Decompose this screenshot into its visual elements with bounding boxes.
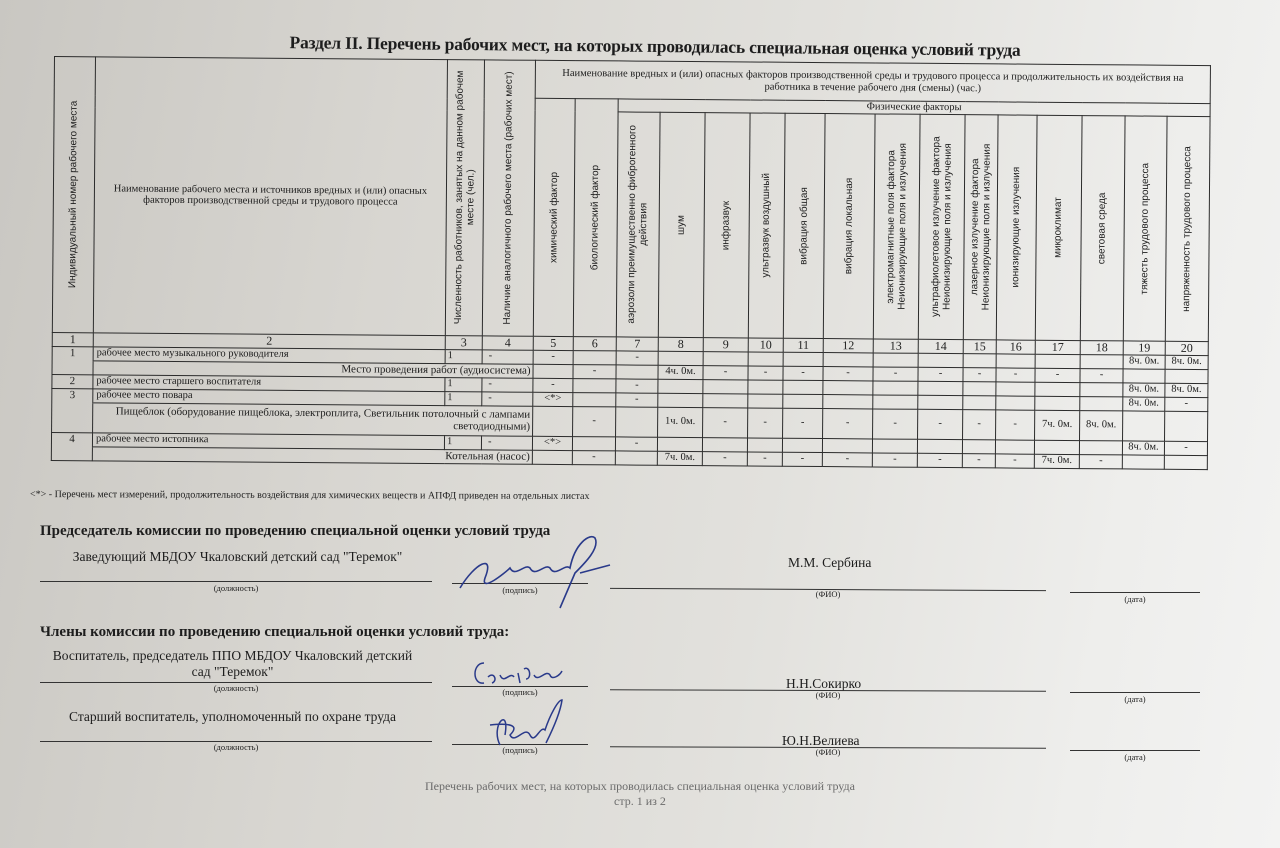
cell-col-8 — [657, 437, 702, 451]
cell-col-14: - — [917, 453, 962, 467]
workplace-number: 1 — [52, 346, 93, 360]
cell-col-19 — [1123, 411, 1165, 441]
cell-col-17 — [1035, 396, 1080, 410]
cell-col-7: - — [616, 379, 658, 393]
member-2-signature-icon — [480, 695, 570, 755]
cell-col-3: 1 — [445, 391, 482, 405]
cell-col-13: - — [872, 453, 917, 467]
cell-col-10 — [747, 438, 782, 452]
cell-col-11: - — [783, 408, 823, 438]
footnote: <*> - Перечень мест измерений, продолжит… — [30, 489, 590, 502]
cell-col-3: 1 — [445, 377, 482, 391]
chairman-fio: М.М. Сербина — [788, 555, 871, 571]
cell-col-7 — [615, 451, 657, 465]
position-caption: (должность) — [40, 583, 432, 593]
page-footer: Перечень рабочих мест, на которых провод… — [330, 779, 950, 809]
cell-col-14: - — [918, 409, 963, 439]
fio-caption: (ФИО) — [610, 690, 1046, 700]
cell-col-12: - — [823, 366, 873, 380]
header-factor-5: химический фактор — [533, 98, 575, 336]
workplace-number — [52, 360, 93, 374]
fio-caption: (ФИО) — [610, 589, 1046, 599]
workplace-number: 3 — [52, 388, 93, 402]
cell-col-8 — [658, 351, 703, 365]
cell-col-7 — [616, 407, 658, 437]
date-caption: (дата) — [1070, 594, 1200, 604]
header-factor-17: микроклимат — [1035, 115, 1082, 340]
workplace-number — [51, 446, 92, 460]
cell-col-16: - — [995, 454, 1034, 468]
cell-col-3: 1 — [445, 349, 482, 363]
cell-col-15 — [963, 395, 996, 409]
cell-col-20: 8ч. 0м. — [1165, 355, 1208, 369]
cell-col-10: - — [748, 408, 783, 438]
cell-col-6 — [572, 436, 615, 450]
cell-col-6 — [573, 350, 616, 364]
cell-col-10: - — [747, 452, 782, 466]
cell-col-20: 8ч. 0м. — [1165, 383, 1208, 397]
cell-col-6 — [573, 378, 616, 392]
page-number: стр. 1 из 2 — [330, 794, 950, 809]
header-factor-12: вибрация локальная — [823, 113, 875, 338]
cell-col-5: <*> — [533, 392, 573, 406]
cell-col-16 — [996, 354, 1035, 368]
cell-col-3: 1 — [444, 435, 481, 449]
cell-col-4: - — [482, 378, 533, 392]
cell-col-9: - — [702, 451, 747, 465]
cell-col-19 — [1122, 455, 1164, 469]
cell-col-8: 4ч. 0м. — [658, 365, 703, 379]
cell-col-13: - — [873, 367, 918, 381]
position-caption: (должность) — [40, 742, 432, 752]
cell-col-11 — [783, 394, 823, 408]
cell-col-17 — [1035, 382, 1080, 396]
column-number: 20 — [1165, 341, 1208, 356]
cell-col-13: - — [873, 409, 918, 439]
column-number: 17 — [1035, 340, 1080, 355]
header-factor-11: вибрация общая — [783, 113, 825, 338]
column-number: 4 — [482, 335, 533, 350]
header-factor-7: аэрозоли преимущественно фиброгенного де… — [616, 111, 660, 336]
workplaces-table-container: Индивидуальный номер рабочего места Наим… — [51, 56, 1211, 470]
cell-col-9: - — [703, 407, 748, 437]
column-number: 10 — [748, 338, 783, 352]
cell-col-13 — [872, 439, 917, 453]
cell-col-6 — [573, 392, 616, 406]
cell-col-7 — [616, 365, 658, 379]
member-1-position: Воспитатель, председатель ППО МБДОУ Чкал… — [50, 648, 415, 680]
cell-col-15 — [962, 439, 995, 453]
cell-col-18 — [1079, 440, 1122, 454]
workplace-number: 2 — [52, 374, 93, 388]
cell-col-20: - — [1164, 441, 1207, 455]
member-1-signature-icon — [470, 655, 580, 695]
cell-col-10 — [748, 352, 783, 366]
cell-col-12 — [823, 394, 873, 408]
cell-col-17: 7ч. 0м. — [1034, 454, 1079, 468]
cell-col-16 — [996, 382, 1035, 396]
cell-col-5 — [533, 406, 573, 436]
cell-col-14 — [917, 439, 962, 453]
cell-col-10 — [748, 394, 783, 408]
fio-caption: (ФИО) — [610, 747, 1046, 757]
cell-col-19: 8ч. 0м. — [1123, 383, 1165, 397]
cell-col-8: 7ч. 0м. — [657, 451, 702, 465]
column-number: 5 — [533, 336, 573, 351]
cell-col-4: - — [482, 392, 533, 406]
cell-col-8 — [658, 379, 703, 393]
header-factors-group: Наименование вредных и (или) опасных фак… — [535, 60, 1210, 103]
cell-col-14 — [918, 381, 963, 395]
cell-col-9 — [703, 351, 748, 365]
cell-col-7: - — [615, 437, 657, 451]
cell-col-12 — [823, 380, 873, 394]
member-2-position: Старший воспитатель, уполномоченный по о… — [50, 709, 415, 725]
cell-col-9 — [702, 437, 747, 451]
cell-col-9 — [703, 379, 748, 393]
cell-col-15: - — [962, 453, 995, 467]
column-number: 1 — [52, 332, 93, 347]
cell-col-20 — [1165, 369, 1208, 383]
cell-col-15: - — [963, 409, 996, 439]
cell-col-12 — [822, 438, 872, 452]
column-number: 16 — [996, 339, 1035, 353]
cell-col-20 — [1165, 411, 1208, 441]
cell-col-17 — [1034, 440, 1079, 454]
cell-col-14 — [918, 395, 963, 409]
column-number: 15 — [963, 339, 996, 353]
cell-col-11: - — [782, 452, 822, 466]
cell-col-5: <*> — [532, 436, 572, 450]
cell-col-9 — [703, 393, 748, 407]
header-factor-20: напряженность трудового процесса — [1165, 116, 1210, 341]
cell-col-18 — [1080, 354, 1123, 368]
header-analog-workplace: Наличие аналогичного рабочего места (раб… — [482, 60, 535, 336]
cell-col-16: - — [996, 410, 1035, 440]
cell-col-15 — [963, 381, 996, 395]
cell-col-19: 8ч. 0м. — [1123, 355, 1165, 369]
cell-col-16: - — [996, 368, 1035, 382]
cell-col-18 — [1080, 382, 1123, 396]
position-caption: (должность) — [40, 683, 432, 693]
cell-col-18 — [1080, 396, 1123, 410]
hazard-source-name: Котельная (насос) — [92, 447, 532, 464]
cell-col-5: - — [533, 378, 573, 392]
cell-col-16 — [996, 396, 1035, 410]
cell-col-12: - — [823, 408, 873, 438]
cell-col-5 — [533, 364, 573, 378]
cell-col-7: - — [616, 393, 658, 407]
column-number: 6 — [573, 336, 616, 351]
cell-col-4: - — [482, 350, 533, 364]
column-number: 8 — [658, 337, 703, 352]
cell-col-15 — [963, 353, 996, 367]
cell-col-13 — [873, 381, 918, 395]
workplace-number: 4 — [51, 432, 92, 446]
cell-col-20: - — [1165, 397, 1208, 411]
cell-col-14: - — [918, 367, 963, 381]
cell-col-11 — [782, 438, 822, 452]
cell-col-8: 1ч. 0м. — [658, 407, 703, 437]
cell-col-12: - — [822, 452, 872, 466]
workplace-number — [52, 402, 93, 432]
cell-col-14 — [918, 353, 963, 367]
chairman-position: Заведующий МБДОУ Чкаловский детский сад … — [60, 549, 415, 565]
cell-col-5 — [532, 450, 572, 464]
cell-col-18: - — [1080, 368, 1123, 382]
cell-col-8 — [658, 393, 703, 407]
column-number: 12 — [823, 338, 873, 353]
cell-col-12 — [823, 352, 873, 366]
cell-col-19 — [1123, 369, 1165, 383]
cell-col-18: 8ч. 0м. — [1080, 410, 1123, 440]
header-factor-18: световая среда — [1080, 115, 1125, 340]
column-number: 19 — [1123, 340, 1165, 355]
cell-col-17: 7ч. 0м. — [1035, 410, 1080, 440]
column-number: 9 — [703, 337, 748, 352]
header-factor-16: ионизирующие излучения — [996, 114, 1037, 339]
cell-col-6: - — [572, 450, 615, 464]
column-number: 11 — [783, 338, 823, 353]
column-number: 7 — [616, 336, 658, 351]
cell-col-10 — [748, 380, 783, 394]
column-number: 18 — [1080, 340, 1123, 355]
cell-col-20 — [1164, 455, 1207, 469]
header-workplace-name: Наименование рабочего места и источников… — [93, 57, 447, 335]
cell-col-10: - — [748, 366, 783, 380]
workplaces-table: Индивидуальный номер рабочего места Наим… — [51, 56, 1211, 470]
hazard-source-name: Пищеблок (оборудование пищеблока, электр… — [93, 403, 533, 436]
header-factor-19: тяжесть трудового процесса — [1123, 115, 1167, 340]
cell-col-7: - — [616, 351, 658, 365]
cell-col-13 — [873, 395, 918, 409]
header-factor-14: ультрафиолетовое излучение фактора Неион… — [918, 114, 965, 339]
cell-col-6: - — [573, 406, 616, 436]
cell-col-4: - — [481, 436, 532, 450]
date-caption: (дата) — [1070, 694, 1200, 704]
cell-col-17: - — [1035, 368, 1080, 382]
header-factor-15: лазерное излучение фактора Неионизирующи… — [963, 114, 998, 339]
cell-col-16 — [995, 440, 1034, 454]
footer-title: Перечень рабочих мест, на которых провод… — [330, 779, 950, 794]
cell-col-9: - — [703, 365, 748, 379]
cell-col-5: - — [533, 350, 573, 364]
chairman-signature-icon — [455, 533, 615, 608]
cell-col-18: - — [1079, 454, 1122, 468]
column-number: 14 — [918, 339, 963, 354]
header-factor-13: электромагнитные поля фактора Неионизиру… — [873, 113, 920, 338]
header-workplace-number: Индивидуальный номер рабочего места — [52, 57, 95, 333]
cell-col-15: - — [963, 367, 996, 381]
cell-col-11 — [783, 352, 823, 366]
cell-col-19: 8ч. 0м. — [1122, 441, 1164, 455]
header-factor-8: шум — [658, 112, 705, 337]
header-factor-6: биологический фактор — [573, 99, 618, 337]
cell-col-13 — [873, 353, 918, 367]
cell-col-11: - — [783, 366, 823, 380]
header-factor-9: инфразвук — [703, 112, 750, 337]
members-heading: Члены комиссии по проведению специальной… — [40, 624, 509, 641]
date-caption: (дата) — [1070, 752, 1200, 762]
column-number: 3 — [445, 335, 482, 349]
cell-col-17 — [1035, 354, 1080, 368]
cell-col-19: 8ч. 0м. — [1123, 397, 1165, 411]
cell-col-6: - — [573, 364, 616, 378]
header-factor-10: ультразвук воздушный — [748, 113, 785, 338]
column-number: 13 — [873, 338, 918, 353]
header-workers-count: Численность работников, занятых на данно… — [445, 60, 484, 336]
cell-col-11 — [783, 380, 823, 394]
